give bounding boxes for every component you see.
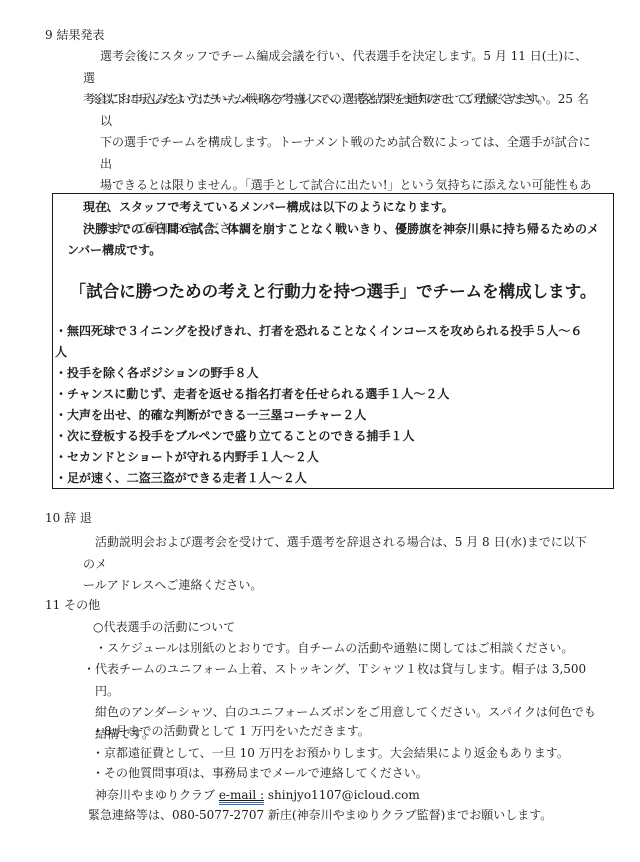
list-item-activity-fee: ・8 月までの活動費として 1 万円をいただきます。: [92, 721, 594, 743]
list-item-kyoto-expedition-fee: ・京都遠征費として、一旦 10 万円をお預かりします。大会結果により返金もありま…: [92, 743, 594, 765]
emergency-contact-line: 緊急連絡等は、080-5077-2707 新庄(神奈川やまゆりクラブ監督)までお…: [88, 805, 594, 827]
team-policy-headline: 「試合に勝つための考えと行動力を持つ選手」でチームを構成します。: [53, 278, 613, 306]
section-10-heading: 10 辞 退: [45, 508, 92, 530]
member-composition-box: 現在、スタッフで考えているメンバー構成は以下のようになります。 決勝までの６日間…: [52, 193, 614, 489]
section-11-heading: 11 その他: [45, 595, 100, 617]
member-requirement-item: ・セカンドとショートが守れる内野手１人～２人: [55, 447, 609, 468]
member-requirement-item: ・チャンスに動じず、走者を返せる指名打者を任せられる選手１人～２人: [55, 384, 609, 405]
member-requirement-item: ・無四死球で３イニングを投げきれ、打者を恐れることなくインコースを攻められる投手…: [55, 321, 609, 363]
list-item-questions: ・その他質問事項は、事務局までメールで連絡してください。: [92, 763, 594, 785]
member-requirement-item: ・次に登板する投手をブルペンで盛り立てることのできる捕手１人: [55, 426, 609, 447]
activities-subheading: ○代表選手の活動について: [93, 617, 593, 639]
member-requirement-item: ・大声を出せ、的確な判断ができる一三塁コーチャー２人: [55, 405, 609, 426]
email-address: shinjyo1107@icloud.com: [264, 788, 420, 802]
club-name: 神奈川やまゆりクラブ: [95, 788, 219, 802]
member-requirements-list: ・無四死球で３イニングを投げきれ、打者を恐れることなくインコースを攻められる投手…: [53, 321, 613, 489]
section-9-heading: 9 結果発表: [45, 25, 104, 47]
box-paragraph-1: 現在、スタッフで考えているメンバー構成は以下のようになります。: [67, 197, 607, 219]
list-item-schedule: ・スケジュールは別紙のとおりです。自チームの活動や通塾に関してはご相談ください。: [95, 638, 594, 660]
member-requirement-item: ・足が速く、二盗三盗ができる走者１人～２人: [55, 468, 609, 489]
document-page: 9 結果発表 選考会後にスタッフでチーム編成会議を行い、代表選手を決定します。5…: [0, 0, 640, 862]
section-10-paragraph: 活動説明会および選考会を受けて、選手選考を辞退される場合は、5 月 8 日(水)…: [83, 532, 594, 597]
contact-line: 神奈川やまゆりクラブ e-mail : shinjyo1107@icloud.c…: [95, 785, 594, 807]
box-paragraph-2: 決勝までの６日間６試合、体調を崩すことなく戦いきり、優勝旗を神奈川県に持ち帰るた…: [67, 219, 607, 262]
email-link[interactable]: e-mail :: [219, 788, 264, 805]
member-requirement-item: ・投手を除く各ポジションの野手８人: [55, 363, 609, 384]
